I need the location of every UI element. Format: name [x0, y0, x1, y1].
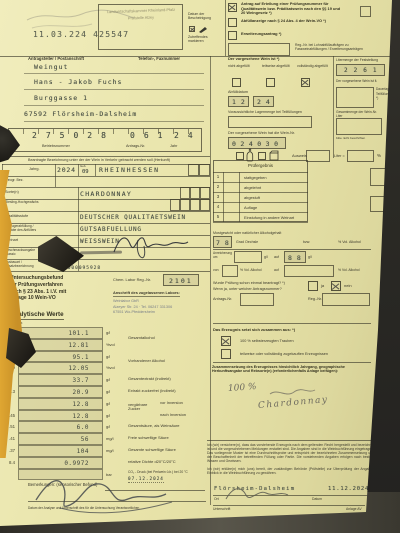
- auf-label-2: auf: [274, 268, 279, 272]
- pencil-icon: [198, 25, 208, 33]
- litermenge-value: 2261: [344, 67, 382, 74]
- anlage-label: Anlage AV: [346, 507, 362, 511]
- row-nr: 2: [213, 182, 224, 192]
- declaration-paragraph-2: Ich (wir) erkläre(n) mich (uns) bereit, …: [207, 467, 374, 475]
- wein-nr-value: 024030: [232, 140, 282, 148]
- abfuelldatum-year: 24: [257, 98, 275, 106]
- wine-status-option-3: vollständig abgefüllt: [297, 64, 329, 68]
- unterschrift-label: Unterschrift: [213, 507, 230, 511]
- unit: g/l: [106, 389, 110, 394]
- grid-cell: [200, 187, 210, 199]
- anreicherung-value: 88: [288, 254, 306, 262]
- sample-checkbox-icon: [189, 26, 195, 32]
- analytic-row: .2912.05%vol: [0, 362, 208, 374]
- analytic-row: .4156mg/l: [0, 433, 208, 445]
- percent-label: %: [377, 153, 381, 158]
- row-label: Einstufung in andere Weinart: [244, 215, 294, 220]
- applicant-line-4: 67592 Flörsheim-Dalsheim: [24, 110, 137, 118]
- label-vor-inversion: vor Inversion: [160, 401, 183, 406]
- jahr-value: 24: [174, 131, 202, 140]
- row-nr: 3: [213, 192, 224, 202]
- divider: [213, 362, 371, 363]
- value-cell: 101.1: [18, 327, 103, 339]
- unit: g/l: [106, 401, 110, 406]
- nein-label: nein: [344, 284, 352, 289]
- composition-checkbox-2: [221, 349, 231, 359]
- gl-label-2: g/l: [308, 255, 312, 259]
- lab-signature: [28, 474, 193, 516]
- chem-value: 2101: [169, 277, 193, 285]
- labor-label: Anschrift des zugelassenen Labors:: [113, 291, 180, 297]
- value-cell: 12.8: [18, 398, 103, 410]
- application-type-label-1: Antrag auf Erteilung einer Prüfungsnumme…: [241, 2, 343, 16]
- phone-header: Telefon-, Faxnummer: [138, 57, 180, 62]
- riesling-label: Riesling-Hochgewächs: [5, 201, 39, 205]
- unit: %vol: [106, 365, 115, 370]
- corner-checkbox: [360, 6, 371, 17]
- grid-cell: [170, 199, 180, 211]
- value: [19, 470, 102, 472]
- row-label: abgestuft: [244, 195, 260, 200]
- label-gesamtsaeure: Gesamtsäure, als Weinsäure: [128, 424, 180, 429]
- value-cell: 20.9: [18, 386, 103, 398]
- table-line: [2, 187, 210, 188]
- ruled-line: [213, 505, 365, 506]
- jahrgang-label: Jahrg.: [29, 167, 40, 171]
- reg-note-label: Reg.-Nr. bei Lohnabfüllaufträgen zu Fass…: [295, 43, 373, 51]
- value: 6.0: [19, 422, 102, 431]
- applicant-line-3: Burggasse 1: [34, 94, 88, 102]
- labor-stamp-line1: Weinlabor GbR: [113, 299, 139, 303]
- applicant-line-1: Weingut: [34, 63, 68, 71]
- composition-option-2: teilweise oder vollständig zugekauften E…: [240, 352, 365, 356]
- office-field-2: [370, 196, 392, 212]
- geschmack-label: Geschmacksangabe Classic: [5, 249, 43, 257]
- ausweis-field: [306, 150, 330, 162]
- vol-alkohol-label-3: % Vol. Alkohol: [338, 268, 360, 272]
- ja-checkbox: [308, 281, 318, 291]
- value: 12.8: [19, 411, 102, 420]
- region-value: RHEINHESSEN: [99, 166, 160, 174]
- lagermenge-label: Voraussichtliche Lagermenge bei Teilfüll…: [228, 110, 332, 114]
- reg-nr-field: [228, 43, 290, 56]
- application-type-label-2: Abfüllanzeige nach § 24 Abs. 4 der Wein-…: [241, 19, 343, 24]
- composition-note: Zusammensetzung des Erzeugnisses hinsich…: [212, 365, 374, 374]
- analytic-row: 33.7g/l: [0, 374, 208, 386]
- liter-label: Liter =: [334, 154, 345, 158]
- value: 33.7: [19, 375, 102, 384]
- grid-cell: [199, 164, 210, 176]
- grid-cell: [188, 164, 199, 176]
- wine-status-option-2: teilweise abgefüllt: [262, 64, 292, 68]
- analytic-row: 8.40.9972: [0, 457, 208, 469]
- result-checkbox: [224, 212, 240, 222]
- label-extrakt-zuckerfrei: Extrakt zuckerfrei (indirekt): [128, 389, 176, 394]
- ruled-line: [24, 73, 204, 74]
- value: 0.9972: [19, 458, 102, 467]
- wine-status-checkbox-2: [266, 78, 275, 87]
- divider: [225, 0, 226, 56]
- label-freie-so2: Freie schweflige Säure: [128, 436, 169, 441]
- value: 56: [19, 434, 102, 443]
- mark-hint-label: Zutreffendes markieren: [188, 35, 221, 43]
- declaration-paragraph-1: Ich (wir) versichere(n), dass das vorste…: [207, 443, 374, 463]
- gesamtmenge-field: [336, 118, 382, 135]
- antrags-nr-value: 061: [130, 131, 171, 140]
- gebiet-label: Geb.: [80, 165, 86, 168]
- application-type-checkbox-2: [228, 18, 237, 27]
- table-line: [78, 164, 79, 176]
- value-cell: 12.8: [18, 410, 103, 422]
- value: 104: [19, 446, 102, 455]
- table-line: [2, 211, 210, 212]
- row-nr: 1: [213, 172, 224, 182]
- table-line: [95, 164, 96, 176]
- value-cell: 104: [18, 445, 103, 457]
- unit: %vol: [106, 342, 115, 347]
- carton-checkbox: [258, 152, 266, 160]
- label-vorhandener-alkohol: Vorhandener Alkohol: [128, 359, 165, 364]
- grid-cell: [190, 199, 200, 211]
- divider: [210, 56, 211, 505]
- abfuelldatum-label: Abfülldatum: [228, 90, 248, 94]
- row-label: Auflage: [244, 205, 257, 210]
- value-cell: 33.7: [18, 374, 103, 386]
- mostgewicht-value: 78: [216, 239, 234, 247]
- label-gesamtalkohol: Gesamtalkohol: [128, 336, 155, 341]
- divider: [2, 156, 210, 157]
- result-checkbox: [224, 202, 240, 212]
- jahrgang-value: 2024: [57, 166, 76, 174]
- ruled-line: [24, 121, 204, 122]
- table-line: [213, 249, 371, 250]
- row-nr: 4: [213, 202, 224, 212]
- unit: g/l: [106, 377, 110, 382]
- anreicherung-label: Anreicherung um: [213, 252, 233, 260]
- value: 12.8: [19, 399, 102, 408]
- exam-row: 5Einstufung in andere Weinart: [213, 212, 308, 223]
- vol-cell-2: [284, 265, 334, 277]
- unit: g/l: [106, 413, 110, 418]
- unit: g/l: [106, 354, 110, 359]
- composition-option-1: 100 % selbsterzeugten Trauben: [240, 339, 294, 343]
- bottle-checkbox: [236, 152, 244, 160]
- gl-label-1: g/l: [264, 255, 268, 259]
- anreicherung-cell-1: [234, 251, 262, 263]
- bescheinigung-label: Der vorgesehene Wein ist lt.: [336, 80, 386, 84]
- grid-cell: [180, 199, 190, 211]
- auf-label-1: auf: [274, 255, 279, 259]
- analytic-row: .37104mg/l: [0, 445, 208, 457]
- ausweis-label: Ausweis: [292, 154, 307, 159]
- table-line: [55, 164, 56, 187]
- application-type-checkbox-3: [228, 31, 237, 40]
- mostgewicht-label: Mostgewicht oder natürlicher Alkoholgeha…: [213, 231, 333, 235]
- analytic-row: 101.1g/l: [0, 327, 208, 339]
- result-checkbox: [224, 192, 240, 202]
- bzw-label: bzw.: [303, 240, 310, 244]
- regnr-field: [322, 293, 370, 306]
- ort-label: Ort: [214, 497, 219, 501]
- ruled-line: [24, 89, 204, 90]
- received-number-stamp: 11.03.224 425547: [33, 30, 129, 39]
- row-label: stattgegeben: [244, 175, 267, 180]
- grid-cell: [200, 199, 210, 211]
- frage-2: Wenn ja, unter welcher Antragsnummer?: [213, 287, 282, 291]
- method-nr: 8.4: [0, 460, 15, 465]
- ausbau-label: Ausbauart / Zusatzbezeichnung: [5, 261, 45, 269]
- frage-1: Wurde Prüfung schon einmal beantragt? *): [213, 281, 285, 285]
- ruled-line: [24, 105, 204, 106]
- table-line: [2, 271, 210, 272]
- grid-cell: [190, 187, 200, 199]
- label-nach-inversion: nach Inversion: [160, 413, 186, 418]
- value-cell: 12.05: [18, 362, 103, 374]
- wine-status-checkbox-1: [232, 78, 241, 87]
- table-line: [2, 176, 210, 177]
- vol-cell-1: [222, 265, 238, 277]
- geogr-label: Geogr. Bez.: [5, 178, 35, 182]
- wine-status-checkbox-3: [301, 78, 310, 87]
- von-label: von: [213, 268, 218, 272]
- chem-label: Chem. Labor Reg.-Nr.: [113, 278, 151, 283]
- application-type-checkbox-1: [228, 3, 237, 12]
- label-dichte: relative Dichte d20°C/20°C: [128, 460, 176, 465]
- lab-title: Untersuchungsbefund für Prüfungsverfahre…: [10, 275, 70, 302]
- antragsnr-label: Antrags-Nr.: [213, 297, 232, 301]
- litermenge-label: Litermenge der Feststellung: [336, 58, 390, 62]
- nein-checkbox: [331, 281, 341, 291]
- tab-label-2: Teilfüllung *): [376, 93, 392, 101]
- grid-cell: [180, 187, 190, 199]
- antrags-nr-label: Antrags-Nr.: [126, 144, 145, 148]
- wein-nr-label: Der vorgesehene Wein hat die Wein-Nr.: [228, 131, 332, 135]
- unit: mg/l: [106, 436, 114, 441]
- value: 101.1: [19, 328, 102, 337]
- vol-alkohol-label-2: % Vol. Alkohol: [240, 268, 262, 272]
- datum-value: 11.12.2024: [328, 486, 369, 492]
- labor-stamp-line3: 67551 Wo-Pfeddersheim: [113, 310, 155, 314]
- liter-field: [347, 150, 374, 162]
- wine-status-title: Der vorgesehene Wein ist *): [228, 57, 279, 62]
- vol-alkohol-label: % Vol. Alkohol: [338, 240, 361, 244]
- label-vergaerbare-zucker: vergärbare Zucker: [128, 403, 155, 412]
- betriebsnummer-value: 275028: [32, 131, 115, 140]
- datum-label: Datum: [312, 497, 322, 501]
- inspector-signature: [108, 226, 198, 266]
- label-gesamte-so2: Gesamte schweflige Säure: [128, 448, 176, 453]
- divider: [213, 323, 371, 324]
- sorte-value: CHARDONNAY: [80, 190, 132, 198]
- value-cell: 0.9972: [18, 457, 103, 469]
- office-field-1: [370, 168, 392, 186]
- row-label: abgelehnt: [244, 185, 261, 190]
- antragsnr-field: [240, 293, 274, 306]
- jahr-label: Jahr: [170, 144, 177, 148]
- composition-title: Das Erzeugnis setzt sich zusammen aus: *…: [213, 328, 295, 333]
- composition-checkbox-1: [221, 336, 231, 346]
- sorte-label: Sorte(n): [5, 190, 19, 194]
- labor-stamp-line2: Alzeyer Str. 24 · Tel. 06247 331306: [113, 305, 172, 309]
- applicant-header: Antragsteller / Postanschrift: [28, 57, 84, 62]
- gebiet-code: 09: [82, 169, 89, 175]
- value: 20.9: [19, 387, 102, 396]
- exam-title: Prüfergebnis: [213, 163, 308, 168]
- divider: [207, 440, 373, 441]
- wine-status-option-1: nicht abgefüllt: [228, 64, 258, 68]
- result-checkbox: [224, 182, 240, 192]
- label-gesamtextrakt: Gesamtextrakt (indirekt): [128, 377, 171, 382]
- designation-header: Beantragte Bezeichnung unter der der Wei…: [28, 158, 210, 162]
- abfuelldatum-month: 12: [232, 98, 250, 106]
- unit: mg/l: [106, 448, 114, 453]
- betriebsnummer-label: Betriebsnummer: [42, 144, 70, 148]
- result-checkbox: [224, 172, 240, 182]
- unit: g/l: [106, 330, 110, 335]
- handwriting-percentage: 100 %: [228, 382, 257, 394]
- row-nr: 5: [213, 212, 224, 222]
- value: 12.05: [19, 363, 102, 372]
- no-write-label: bitte nicht beschriften: [336, 137, 386, 141]
- quali-value: DEUTSCHER QUALITAETSWEIN: [80, 214, 186, 221]
- photo-of-wine-inspection-form: Landwirtschaftskammer Rheinland-Pfalz Pr…: [0, 0, 400, 533]
- unit: g/l: [106, 424, 110, 429]
- applicant-signature: [222, 483, 292, 507]
- bescheinigung-field: [336, 87, 374, 108]
- regnr-label: Reg.-Nr.: [308, 297, 322, 301]
- oechsle-label: Grad Oechsle: [236, 240, 258, 244]
- value-cell: 56: [18, 433, 103, 445]
- ja-label: ja: [321, 284, 324, 289]
- datum-bescheinigung-label: Datum der Bescheinigung: [188, 12, 221, 20]
- applicant-line-2: Hans - Jakob Fuchs: [34, 78, 122, 86]
- divider: [333, 56, 334, 158]
- value-cell: 6.0: [18, 421, 103, 433]
- table-line: [2, 164, 210, 165]
- application-type-label-3: Erweiterungsantrag *): [241, 32, 343, 37]
- lagermenge-field: [228, 116, 312, 128]
- analytic-row: 3.320.9g/l: [0, 386, 208, 398]
